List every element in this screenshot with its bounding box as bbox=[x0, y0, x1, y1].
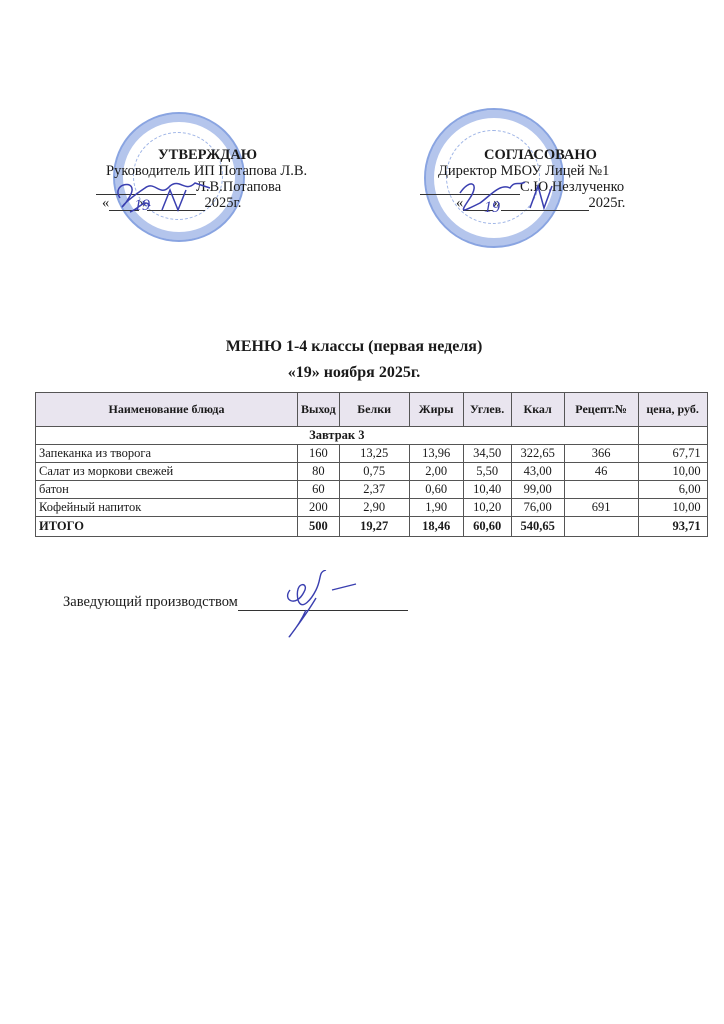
cell-price: 10,00 bbox=[638, 463, 707, 481]
section-label: Завтрак 3 bbox=[36, 427, 639, 445]
cell-protein: 13,25 bbox=[339, 445, 409, 463]
cell-protein: 19,27 bbox=[339, 517, 409, 537]
menu-table: Наименование блюда Выход Белки Жиры Угле… bbox=[35, 392, 708, 537]
cell-name: батон bbox=[36, 481, 298, 499]
footer-label: Заведующий производством bbox=[63, 594, 238, 611]
footer-signature: Заведующий производством bbox=[63, 594, 408, 611]
header-fat: Жиры bbox=[409, 393, 463, 427]
cell-kcal: 76,00 bbox=[511, 499, 564, 517]
header-recipe: Рецепт.№ bbox=[564, 393, 638, 427]
cell-output: 200 bbox=[298, 499, 340, 517]
approve-date-year: 2025г. bbox=[205, 195, 242, 211]
cell-recipe: 46 bbox=[564, 463, 638, 481]
table-header-row: Наименование блюда Выход Белки Жиры Угле… bbox=[36, 393, 708, 427]
table-row: Кофейный напиток2002,901,9010,2076,00691… bbox=[36, 499, 708, 517]
cell-name: Запеканка из творога bbox=[36, 445, 298, 463]
header-protein: Белки bbox=[339, 393, 409, 427]
table-row: Запеканка из творога16013,2513,9634,5032… bbox=[36, 445, 708, 463]
cell-name: Кофейный напиток bbox=[36, 499, 298, 517]
cell-fat: 0,60 bbox=[409, 481, 463, 499]
approve-block: УТВЕРЖДАЮ Руководитель ИП Потапова Л.В. … bbox=[96, 147, 336, 211]
cell-protein: 0,75 bbox=[339, 463, 409, 481]
agree-date-line: « » 2025г. bbox=[456, 195, 650, 211]
cell-recipe: 366 bbox=[564, 445, 638, 463]
cell-recipe: 691 bbox=[564, 499, 638, 517]
section-row: Завтрак 3 bbox=[36, 427, 708, 445]
cell-fat: 13,96 bbox=[409, 445, 463, 463]
cell-carbs: 10,40 bbox=[463, 481, 511, 499]
agree-block: СОГЛАСОВАНО Директор МБОУ Лицей №1 С.Ю.Н… bbox=[420, 147, 650, 211]
cell-fat: 1,90 bbox=[409, 499, 463, 517]
cell-carbs: 34,50 bbox=[463, 445, 511, 463]
header-kcal: Ккал bbox=[511, 393, 564, 427]
approve-title: УТВЕРЖДАЮ bbox=[138, 147, 336, 163]
cell-output: 160 bbox=[298, 445, 340, 463]
cell-recipe bbox=[564, 481, 638, 499]
agree-date-year: 2025г. bbox=[589, 195, 626, 211]
cell-carbs: 60,60 bbox=[463, 517, 511, 537]
cell-carbs: 10,20 bbox=[463, 499, 511, 517]
cell-price: 10,00 bbox=[638, 499, 707, 517]
footer-signature-line bbox=[238, 596, 408, 611]
cell-output: 60 bbox=[298, 481, 340, 499]
header-output: Выход bbox=[298, 393, 340, 427]
cell-protein: 2,37 bbox=[339, 481, 409, 499]
cell-name: Салат из моркови свежей bbox=[36, 463, 298, 481]
cell-kcal: 322,65 bbox=[511, 445, 564, 463]
agree-title: СОГЛАСОВАНО bbox=[484, 147, 650, 163]
cell-output: 80 bbox=[298, 463, 340, 481]
total-row: ИТОГО50019,2718,4660,60540,6593,71 bbox=[36, 517, 708, 537]
cell-carbs: 5,50 bbox=[463, 463, 511, 481]
cell-price: 6,00 bbox=[638, 481, 707, 499]
agree-position: Директор МБОУ Лицей №1 bbox=[438, 163, 650, 179]
menu-date: «19» ноября 2025г. bbox=[0, 364, 716, 382]
menu-title: МЕНЮ 1-4 классы (первая неделя) bbox=[0, 338, 716, 356]
cell-name: ИТОГО bbox=[36, 517, 298, 537]
approve-position: Руководитель ИП Потапова Л.В. bbox=[106, 163, 336, 179]
header-carbs: Углев. bbox=[463, 393, 511, 427]
cell-kcal: 99,00 bbox=[511, 481, 564, 499]
cell-price: 67,71 bbox=[638, 445, 707, 463]
agree-signature-line: С.Ю.Незлученко bbox=[420, 179, 650, 195]
approve-date-line: « » 2025г. bbox=[102, 195, 336, 211]
table-row: батон602,370,6010,4099,006,00 bbox=[36, 481, 708, 499]
cell-price: 93,71 bbox=[638, 517, 707, 537]
header-name: Наименование блюда bbox=[36, 393, 298, 427]
cell-recipe bbox=[564, 517, 638, 537]
cell-output: 500 bbox=[298, 517, 340, 537]
header-price: цена, руб. bbox=[638, 393, 707, 427]
approve-signature-line: Л.В.Потапова bbox=[96, 179, 336, 195]
cell-fat: 2,00 bbox=[409, 463, 463, 481]
approve-name: Л.В.Потапова bbox=[196, 179, 281, 195]
table-row: Салат из моркови свежей800,752,005,5043,… bbox=[36, 463, 708, 481]
cell-kcal: 43,00 bbox=[511, 463, 564, 481]
cell-fat: 18,46 bbox=[409, 517, 463, 537]
cell-kcal: 540,65 bbox=[511, 517, 564, 537]
agree-name: С.Ю.Незлученко bbox=[520, 179, 624, 195]
cell-protein: 2,90 bbox=[339, 499, 409, 517]
